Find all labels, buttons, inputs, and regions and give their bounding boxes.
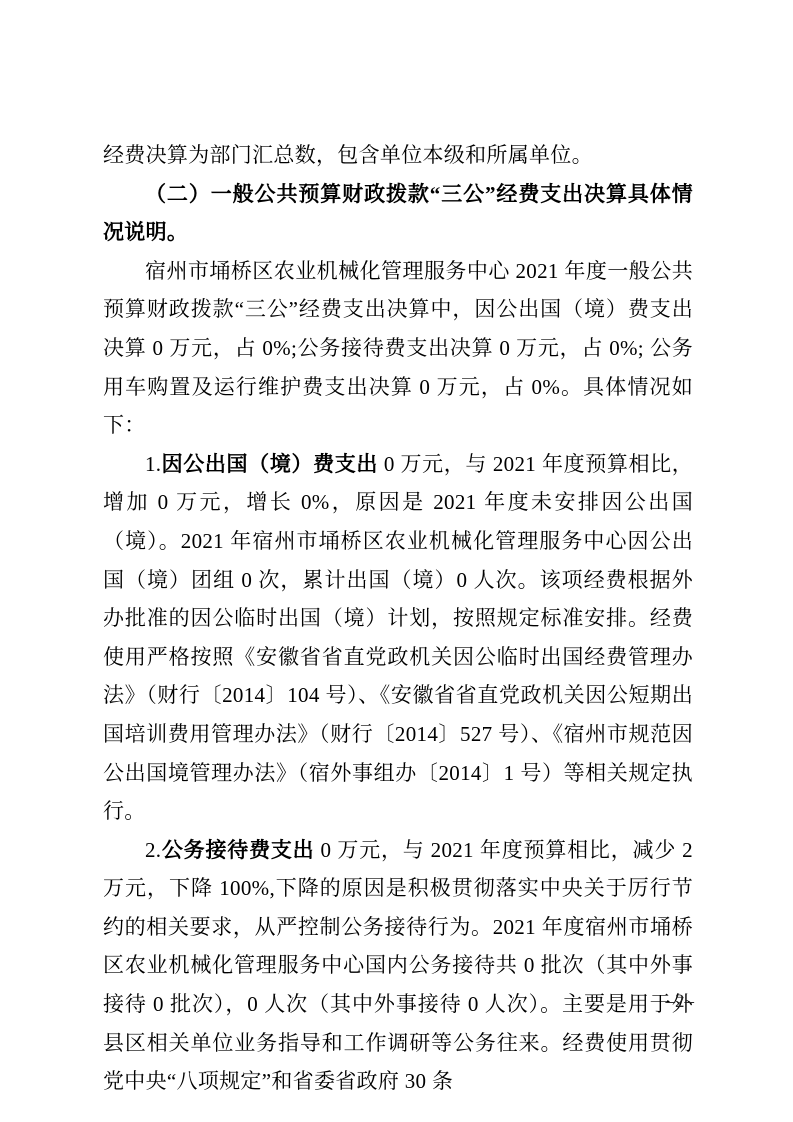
paragraph: 2.公务接待费支出 0 万元，与 2021 年度预算相比，减少 2 万元，下降 … [103,831,693,1101]
document-body: 经费决算为部门汇总数，包含单位本级和所属单位。 （二）一般公共预算财政拨款“三公… [103,136,693,1101]
text-run: 0 万元，与 2021 年度预算相比，增加 0 万元，增长 0%，原因是 202… [103,452,693,823]
document-page: 经费决算为部门汇总数，包含单位本级和所属单位。 （二）一般公共预算财政拨款“三公… [0,0,793,1122]
paragraph: 1.因公出国（境）费支出 0 万元，与 2021 年度预算相比，增加 0 万元，… [103,445,693,831]
text-run: 经费决算为部门汇总数，包含单位本级和所属单位。 [103,143,593,167]
paragraph: 经费决算为部门汇总数，包含单位本级和所属单位。 [103,136,693,175]
text-run: 0 万元，与 2021 年度预算相比，减少 2 万元，下降 100%,下降的原因… [103,838,693,1094]
text-run: 1. [145,452,161,476]
section-heading: （二）一般公共预算财政拨款“三公”经费支出决算具体情况说明。 [103,175,693,252]
text-run: 因公出国（境）费支出 [161,452,378,476]
text-run: 宿州市埇桥区农业机械化管理服务中心 2021 年度一般公共预算财政拨款“三公”经… [103,259,693,437]
paragraph: 宿州市埇桥区农业机械化管理服务中心 2021 年度一般公共预算财政拨款“三公”经… [103,252,693,445]
text-run: 公务接待费支出 [161,838,314,862]
text-run: 2. [145,838,161,862]
text-run: （二）一般公共预算财政拨款“三公”经费支出决算具体情况说明。 [103,182,693,245]
page-number: –2– [666,988,695,1016]
